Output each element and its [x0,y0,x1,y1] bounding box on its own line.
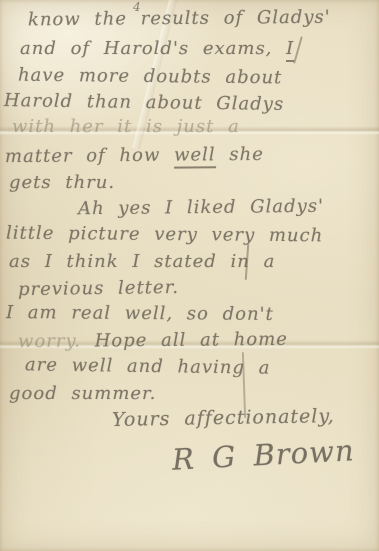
signature: R G Brown [171,433,355,477]
faded-word: worry. [18,331,81,353]
letter-line-9: little picture very very much [6,223,323,247]
letter-line-15: good summer. [9,383,156,404]
letter-page: 4 know the results of Gladys' and of Har… [0,0,379,551]
letter-line-10: as I think I stated in a [9,251,275,272]
letter-line-11: previous letter. [18,277,179,300]
line-text: she [216,144,264,165]
letter-line-12: I am real well, so don't [6,302,274,325]
line-text: Hope all at home [81,329,288,352]
line-text: and of Harold's exams, [20,38,286,59]
letter-line-1: know the results of Gladys' [28,7,331,31]
line-text: matter of how [5,145,174,167]
letter-line-4: Harold than about Gladys [4,90,284,115]
pencil-stroke [293,36,303,63]
letter-line-3: have more doubts about [18,65,283,89]
letter-line-5: with her it is just a [12,116,240,137]
letter-line-14: are well and having a [25,354,271,378]
letter-line-13: worry. Hope all at home [18,329,288,352]
letter-line-2: and of Harold's exams, I [20,38,294,59]
underlined-word: I [286,38,294,62]
closing-line: Yours affectionately, [112,405,335,431]
letter-line-7: gets thru. [9,172,115,193]
letter-line-6: matter of how well she [5,144,264,167]
underlined-word: well [174,144,216,168]
letter-line-8: Ah yes I liked Gladys' [78,196,324,220]
